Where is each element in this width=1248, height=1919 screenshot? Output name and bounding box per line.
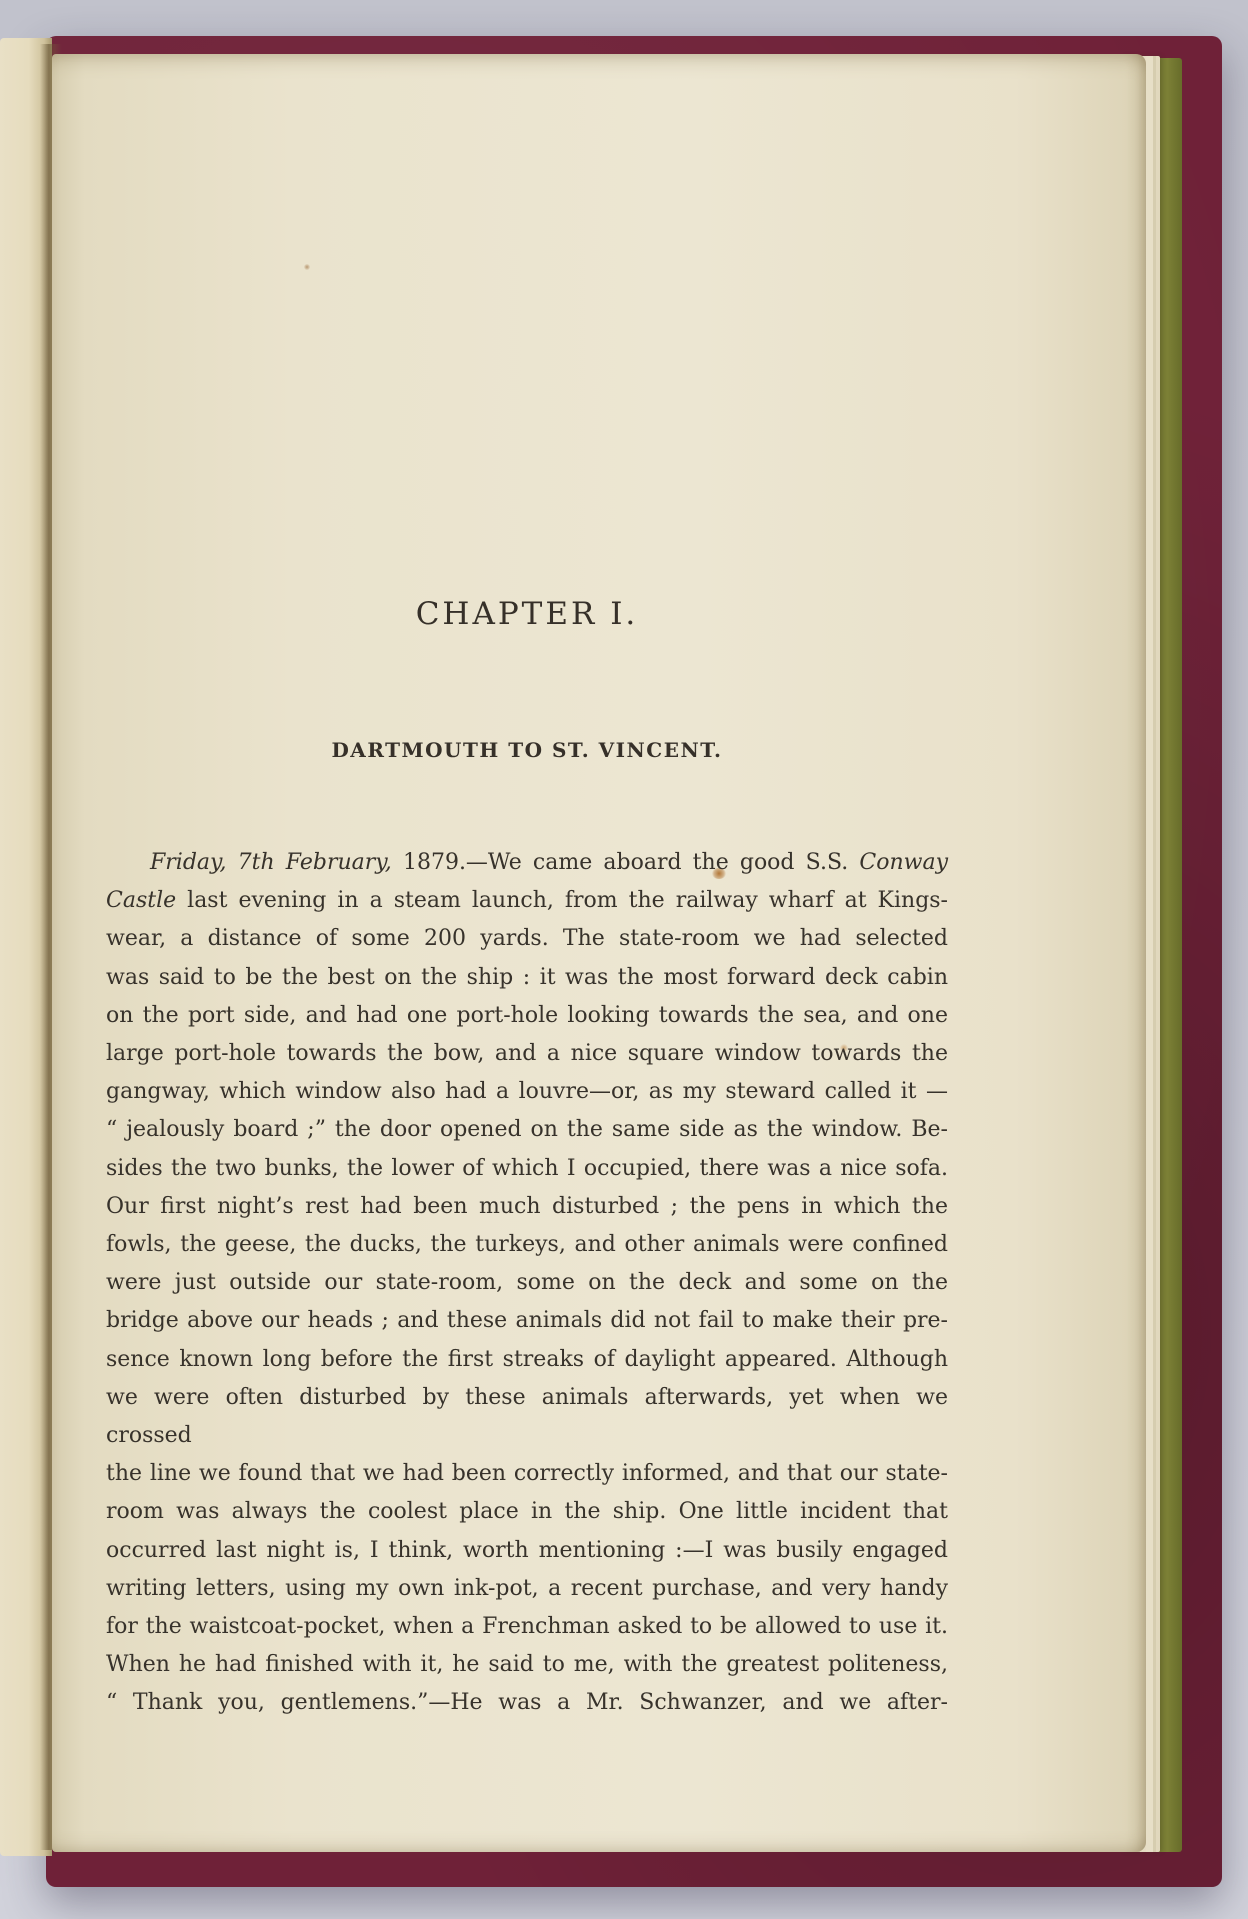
paragraph-line: Our first night’s rest had been much dis… — [106, 1188, 948, 1226]
italic-text: Conway — [859, 850, 948, 875]
body-text: sides the two bunks, the lower of which … — [106, 1156, 948, 1181]
body-text: bridge above our heads ; and these anima… — [106, 1308, 948, 1333]
paragraph-line: When he had finished with it, he said to… — [106, 1646, 948, 1684]
body-text: sence known long before the first streak… — [106, 1347, 948, 1372]
body-text: wear, a distance of some 200 yards. The … — [106, 926, 948, 951]
body-text: writing letters, using my own ink-pot, a… — [106, 1576, 948, 1601]
paragraph-line: room was always the coolest place in the… — [106, 1493, 948, 1531]
paragraph-line: Friday, 7th February, 1879.—We came aboa… — [106, 844, 948, 882]
body-text: we were often disturbed by these animals… — [106, 1385, 948, 1448]
paragraph-line: for the waistcoat-pocket, when a Frenchm… — [106, 1608, 948, 1646]
paragraph-line: bridge above our heads ; and these anima… — [106, 1302, 948, 1340]
photo-background: CHAPTER I. DARTMOUTH TO ST. VINCENT. Fri… — [0, 0, 1248, 1919]
paragraph-line: the line we found that we had been corre… — [106, 1455, 948, 1493]
body-text: gangway, which window also had a louvre—… — [106, 1079, 948, 1104]
body-text: was said to be the best on the ship : it… — [106, 965, 948, 990]
paragraph-line: was said to be the best on the ship : it… — [106, 959, 948, 997]
paragraph-line: “ jealously board ;” the door opened on … — [106, 1111, 948, 1149]
paragraph-line: fowls, the geese, the ducks, the turkeys… — [106, 1226, 948, 1264]
paragraph-line: were just outside our state-room, some o… — [106, 1264, 948, 1302]
paragraph-line: on the port side, and had one port-hole … — [106, 997, 948, 1035]
paragraph-line: occurred last night is, I think, worth m… — [106, 1532, 948, 1570]
body-text: last evening in a steam launch, from the… — [176, 888, 948, 913]
book-page: CHAPTER I. DARTMOUTH TO ST. VINCENT. Fri… — [52, 54, 1146, 1852]
paper-stain — [304, 264, 310, 270]
body-text: room was always the coolest place in the… — [106, 1499, 948, 1524]
section-title: DARTMOUTH TO ST. VINCENT. — [106, 738, 948, 762]
body-text: large port-hole towards the bow, and a n… — [106, 1041, 948, 1066]
chapter-heading: CHAPTER I. — [106, 596, 948, 632]
paragraph-line: “ Thank you, gentlemens.”—He was a Mr. S… — [106, 1684, 948, 1722]
body-text: the line we found that we had been corre… — [106, 1461, 948, 1486]
body-text: occurred last night is, I think, worth m… — [106, 1538, 948, 1563]
paragraph: Friday, 7th February, 1879.—We came aboa… — [106, 844, 948, 1723]
body-text: “ Thank you, gentlemens.”—He was a Mr. S… — [106, 1690, 948, 1715]
paragraph-line: large port-hole towards the bow, and a n… — [106, 1035, 948, 1073]
paragraph-line: we were often disturbed by these animals… — [106, 1379, 948, 1455]
body-text: on the port side, and had one port-hole … — [106, 1003, 948, 1028]
paragraph-line: sence known long before the first streak… — [106, 1341, 948, 1379]
paragraph-line: Castle last evening in a steam launch, f… — [106, 882, 948, 920]
body-text: fowls, the geese, the ducks, the turkeys… — [106, 1232, 948, 1257]
body-text: were just outside our state-room, some o… — [106, 1270, 948, 1295]
paragraph-line: sides the two bunks, the lower of which … — [106, 1150, 948, 1188]
body-text: When he had finished with it, he said to… — [106, 1652, 948, 1677]
paragraph-line: gangway, which window also had a louvre—… — [106, 1073, 948, 1111]
paragraph-line: wear, a distance of some 200 yards. The … — [106, 920, 948, 958]
italic-text: Castle — [106, 888, 176, 913]
paragraph-line: writing letters, using my own ink-pot, a… — [106, 1570, 948, 1608]
body-text: 1879.—We came aboard the good S.S. — [403, 850, 859, 875]
body-text: “ jealously board ;” the door opened on … — [106, 1117, 948, 1142]
body-text: Our first night’s rest had been much dis… — [106, 1194, 948, 1219]
body-text: for the waistcoat-pocket, when a Frenchm… — [106, 1614, 948, 1639]
italic-text: Friday, 7th February, — [150, 850, 403, 875]
